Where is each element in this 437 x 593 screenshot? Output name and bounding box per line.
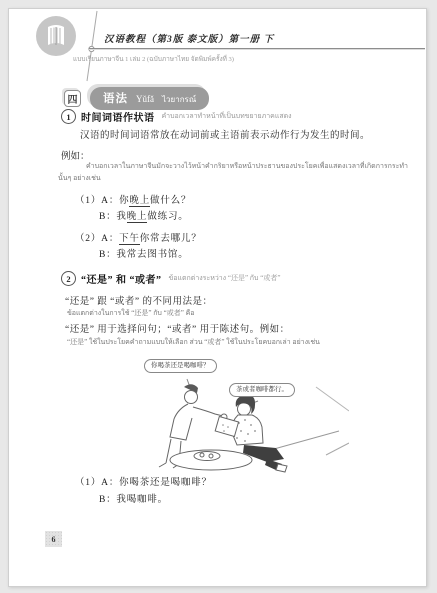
example1-line-b: B：我晚上做练习。 — [99, 208, 189, 222]
grammar1-number: 1 — [61, 109, 76, 124]
grammar2-line2-thai: “还是” ใช้ในประโยคคำถามแบบให้เลือก ส่วน “或… — [67, 337, 320, 348]
underlined-word: 晚上 — [127, 212, 148, 223]
underlined-word: 晚上 — [129, 196, 150, 207]
header-ornament-line — [77, 9, 105, 83]
grammar1-body-zh: 汉语的时间词语常放在动词前或主语前表示动作行为发生的时间。 — [61, 127, 415, 141]
section-number-box: 四 — [64, 90, 81, 107]
section-title-thai: ไวยากรณ์ — [162, 93, 196, 106]
example2-line-a: （2）A：下午你常去哪儿？ — [75, 230, 202, 244]
grammar2-line2-zh: “还是” 用于选择问句；“或者” 用于陈述句。例如： — [65, 321, 290, 335]
section-title-zh: 语法 — [103, 90, 128, 106]
grammar1-title-thai: คำบอกเวลาทำหน้าที่เป็นบทขยายภาคแสดง — [162, 111, 292, 122]
grammar1-example-label: 例如： — [61, 148, 90, 162]
book-subtitle-thai: แบบเรียนภาษาจีน 1 เล่ม 2 (ฉบับภาษาไทย จั… — [73, 54, 234, 64]
header-rule — [89, 48, 425, 50]
book-title: 汉语教程（第3版 泰文版）第一册 下 — [104, 31, 274, 45]
book-page: 汉语教程（第3版 泰文版）第一册 下 แบบเรียนภาษาจีน 1 เล่… — [8, 8, 427, 587]
section-title-pinyin: Yǔfǎ — [136, 94, 154, 104]
page-number: 6 — [45, 531, 62, 547]
grammar2-title-zh: “还是” 和 “或者” — [81, 271, 162, 286]
grammar2-line1-thai: ข้อแตกต่างในการใช้ “还是” กับ “或者” คือ — [67, 308, 194, 319]
speech-bubble-right: 茶或者咖啡都行。 — [229, 383, 295, 397]
speech-bubble-left: 你喝茶还是喝咖啡？ — [144, 359, 217, 373]
cartoon-illustration: 你喝茶还是喝咖啡？ 茶或者咖啡都行。 — [111, 357, 349, 475]
example3-line-a: （1）A：你喝茶还是喝咖啡？ — [75, 474, 212, 488]
example2-line-b: B：我常去图书馆。 — [99, 246, 189, 260]
grammar2-heading: 2 “还是” 和 “或者” ข้อแตกต่างระหว่าง “还是” กับ… — [61, 271, 280, 286]
illustration-drawing — [111, 357, 349, 475]
grammar1-title-zh: 时间词语作状语 — [81, 109, 155, 124]
grammar1-heading: 1 时间词语作状语 คำบอกเวลาทำหน้าที่เป็นบทขยายภา… — [61, 109, 292, 124]
book-logo-icon — [35, 15, 77, 57]
example1-line-a: （1）A：你晚上做什么？ — [75, 192, 191, 206]
grammar2-title-thai: ข้อแตกต่างระหว่าง “还是” กับ “或者” — [169, 273, 281, 284]
underlined-word: 下午 — [119, 234, 140, 245]
example3-line-b: B：我喝咖啡。 — [99, 491, 168, 505]
grammar2-number: 2 — [61, 271, 76, 286]
section-badge: 语法 Yǔfǎ ไวยากรณ์ — [90, 87, 209, 110]
grammar1-body-thai: คำบอกเวลาในภาษาจีนมักจะวางไว้หน้าคำกริยา… — [58, 161, 414, 185]
grammar2-line1-zh: “还是” 跟 “或者” 的不同用法是： — [65, 293, 213, 307]
section-heading: 四 语法 Yǔfǎ ไวยากรณ์ — [64, 87, 209, 110]
